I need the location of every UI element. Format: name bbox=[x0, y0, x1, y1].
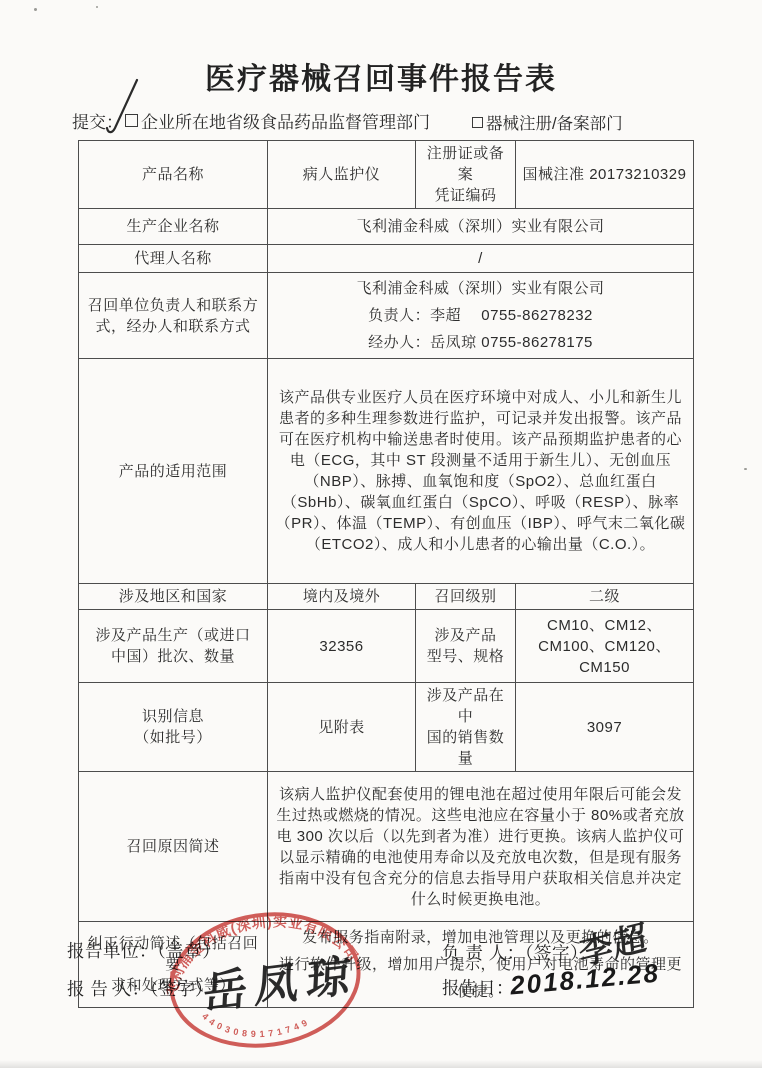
label-agent: 代理人名称 bbox=[79, 245, 268, 273]
recall-contact-company: 飞利浦金科威（深圳）实业有限公司 bbox=[274, 275, 687, 302]
checkmark-icon bbox=[103, 76, 143, 138]
label-models-line1: 涉及产品 bbox=[422, 625, 509, 646]
label-production-quantity-line1: 涉及产品生产（或进口 bbox=[85, 625, 261, 646]
label-recall-reason: 召回原因简述 bbox=[79, 772, 268, 922]
label-identification: 识别信息 （如批号） bbox=[79, 683, 268, 772]
label-recall-contacts-line1: 召回单位负责人和联系方 bbox=[85, 295, 261, 316]
label-registration-cert: 注册证或备案 凭证编码 bbox=[416, 141, 516, 209]
label-china-sales: 涉及产品在中 国的销售数量 bbox=[416, 683, 516, 772]
report-date-label: 报告日： bbox=[442, 975, 514, 1000]
label-recall-level: 召回级别 bbox=[416, 584, 516, 610]
recall-contact-responsible: 负责人：李超 0755-86278232 bbox=[274, 302, 687, 329]
value-models-line3: CM150 bbox=[522, 657, 687, 678]
label-identification-line1: 识别信息 bbox=[85, 706, 261, 727]
row-recall-reason: 召回原因简述 该病人监护仪配套使用的锂电池在超过使用年限后可能会发生过热或燃烧的… bbox=[79, 772, 694, 922]
responsible-person-label: 负 责 人：（签字） bbox=[442, 940, 588, 965]
label-regions: 涉及地区和国家 bbox=[79, 584, 268, 610]
value-identification: 见附表 bbox=[268, 683, 416, 772]
value-models-line1: CM10、CM12、 bbox=[522, 615, 687, 636]
label-intended-use: 产品的适用范围 bbox=[79, 359, 268, 584]
scan-speck bbox=[744, 468, 747, 470]
label-recall-contacts-line2: 式，经办人和联系方式 bbox=[85, 316, 261, 337]
label-product-name: 产品名称 bbox=[79, 141, 268, 209]
value-production-quantity: 32356 bbox=[268, 610, 416, 683]
value-regions: 境内及境外 bbox=[268, 584, 416, 610]
value-models: CM10、CM12、 CM100、CM120、 CM150 bbox=[516, 610, 694, 683]
label-china-sales-line2: 国的销售数量 bbox=[422, 727, 509, 769]
label-models: 涉及产品 型号、规格 bbox=[416, 610, 516, 683]
label-identification-line2: （如批号） bbox=[85, 727, 261, 748]
submit-option-province-label: 企业所在地省级食品药品监督管理部门 bbox=[141, 108, 430, 133]
value-recall-level: 二级 bbox=[516, 584, 694, 610]
submit-option-registration-label: 器械注册/备案部门 bbox=[486, 110, 623, 134]
row-identification: 识别信息 （如批号） 见附表 涉及产品在中 国的销售数量 3097 bbox=[79, 683, 694, 772]
scan-speck bbox=[34, 8, 37, 11]
scan-speck bbox=[96, 6, 98, 8]
row-regions: 涉及地区和国家 境内及境外 召回级别 二级 bbox=[79, 584, 694, 610]
label-recall-contacts: 召回单位负责人和联系方 式，经办人和联系方式 bbox=[79, 273, 268, 359]
row-manufacturer: 生产企业名称 飞利浦金科威（深圳）实业有限公司 bbox=[79, 209, 694, 245]
value-recall-contacts: 飞利浦金科威（深圳）实业有限公司 负责人：李超 0755-86278232 经办… bbox=[268, 273, 694, 359]
value-manufacturer: 飞利浦金科威（深圳）实业有限公司 bbox=[268, 209, 694, 245]
row-agent: 代理人名称 / bbox=[79, 245, 694, 273]
scanned-report-page: 医疗器械召回事件报告表 提交： 企业所在地省级食品药品监督管理部门 器械注册/备… bbox=[0, 0, 762, 1068]
value-models-line2: CM100、CM120、 bbox=[522, 636, 687, 657]
recall-contact-handler: 经办人：岳凤琼 0755-86278175 bbox=[274, 329, 687, 356]
label-production-quantity-line2: 中国）批次、数量 bbox=[85, 646, 261, 667]
value-china-sales: 3097 bbox=[516, 683, 694, 772]
label-production-quantity: 涉及产品生产（或进口 中国）批次、数量 bbox=[79, 610, 268, 683]
submit-option2-group: 器械注册/备案部门 bbox=[470, 110, 623, 134]
value-agent: / bbox=[268, 245, 694, 273]
value-registration-cert: 国械注准 20173210329 bbox=[516, 141, 694, 209]
label-manufacturer: 生产企业名称 bbox=[79, 209, 268, 245]
checkbox-registration-dept bbox=[472, 117, 483, 128]
report-form-table: 产品名称 病人监护仪 注册证或备案 凭证编码 国械注准 20173210329 … bbox=[78, 140, 694, 1008]
row-product-name: 产品名称 病人监护仪 注册证或备案 凭证编码 国械注准 20173210329 bbox=[79, 141, 694, 209]
label-registration-cert-line1: 注册证或备案 bbox=[422, 143, 509, 185]
value-product-name: 病人监护仪 bbox=[268, 141, 416, 209]
label-models-line2: 型号、规格 bbox=[422, 646, 509, 667]
value-intended-use: 该产品供专业医疗人员在医疗环境中对成人、小儿和新生儿患者的多种生理参数进行监护，… bbox=[268, 359, 694, 584]
label-china-sales-line1: 涉及产品在中 bbox=[422, 685, 509, 727]
row-production-quantity: 涉及产品生产（或进口 中国）批次、数量 32356 涉及产品 型号、规格 CM1… bbox=[79, 610, 694, 683]
row-intended-use: 产品的适用范围 该产品供专业医疗人员在医疗环境中对成人、小儿和新生儿患者的多种生… bbox=[79, 359, 694, 584]
row-recall-contacts: 召回单位负责人和联系方 式，经办人和联系方式 飞利浦金科威（深圳）实业有限公司 … bbox=[79, 273, 694, 359]
label-registration-cert-line2: 凭证编码 bbox=[422, 185, 509, 206]
